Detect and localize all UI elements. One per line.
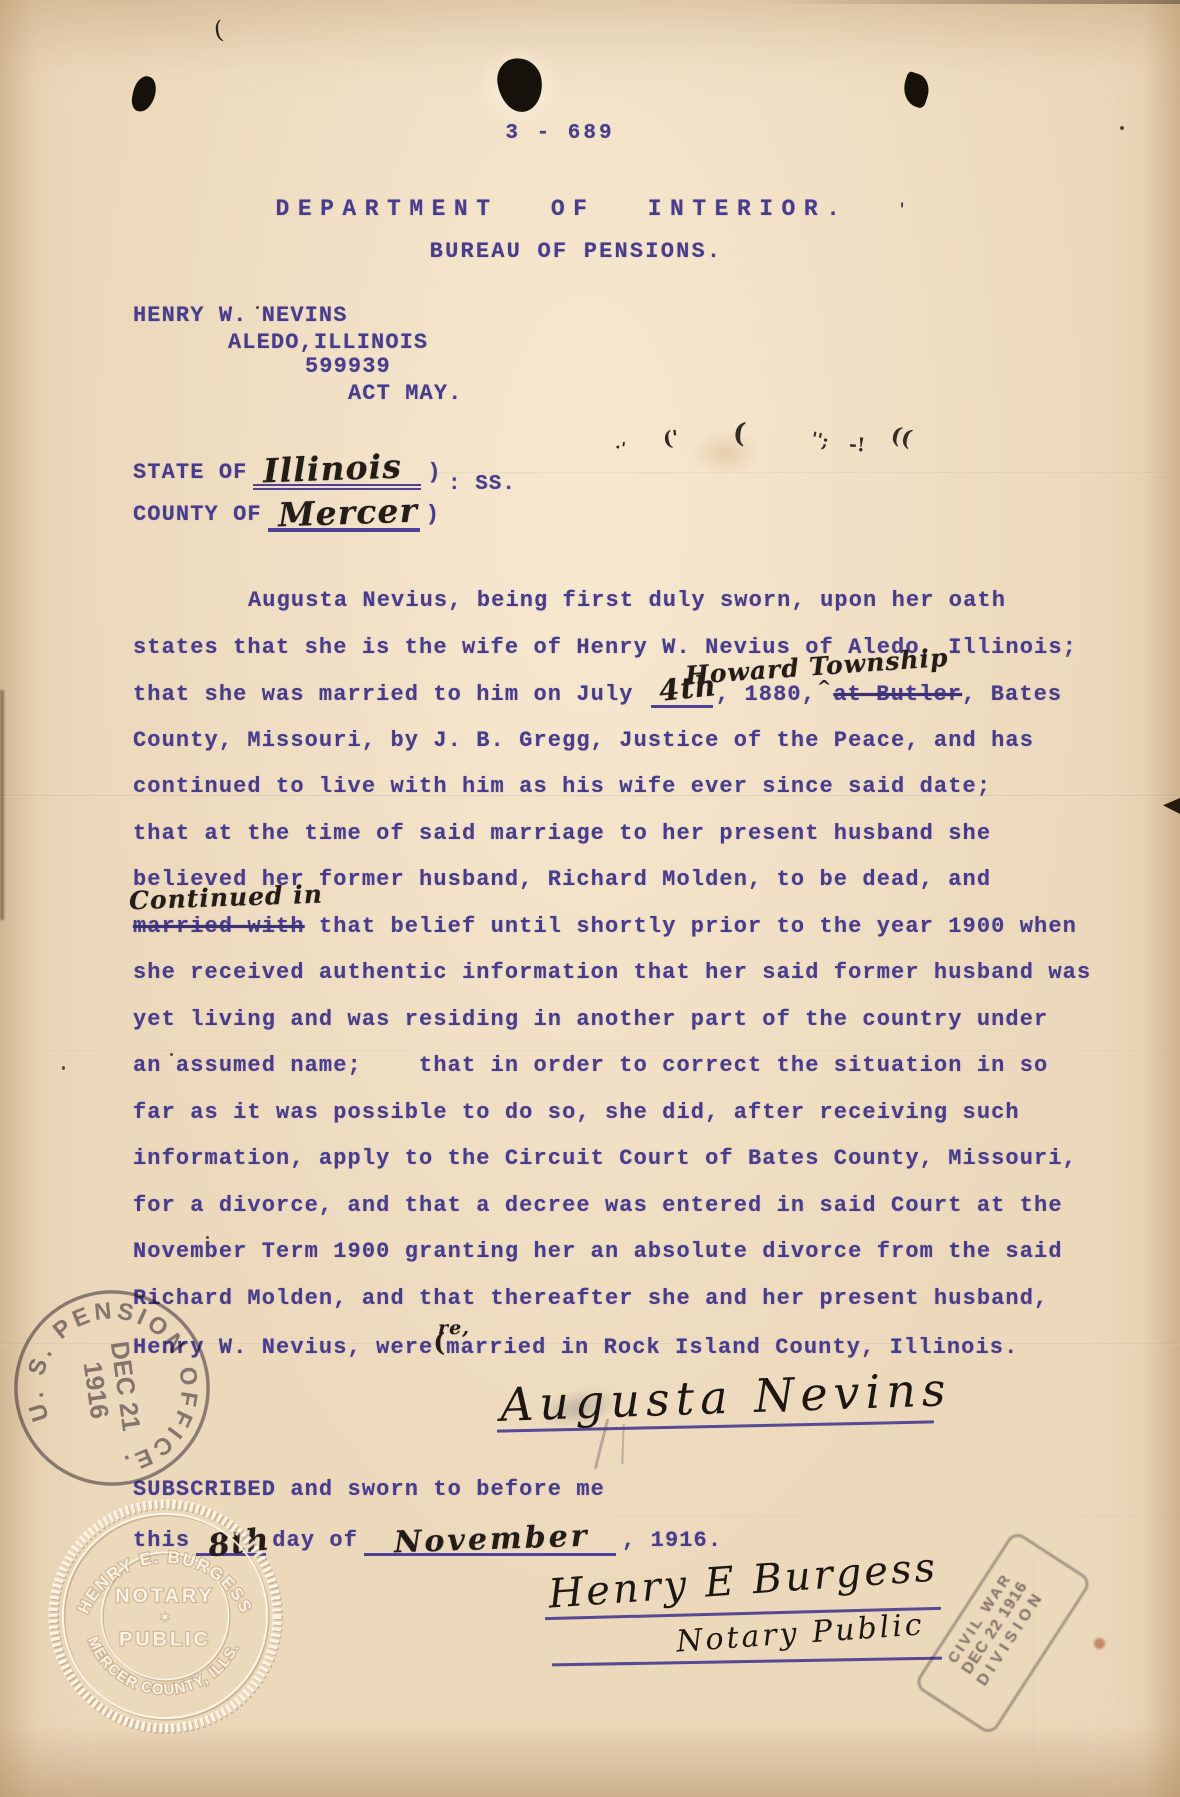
handwritten-state: Illinois: [263, 447, 403, 491]
punch-hole-left: [129, 74, 158, 114]
pen-mark: (: [731, 417, 747, 449]
claimant-address: ALEDO,ILLINOIS: [228, 330, 428, 355]
body-line-2: states that she is the wife of Henry W. …: [133, 625, 1143, 672]
affidavit-body: Augusta Nevius, being first duly sworn, …: [133, 578, 1143, 1369]
county-blank: Mercer: [268, 494, 420, 532]
pension-stamp-date-top: DEC 21: [105, 1340, 145, 1433]
ss-label: : SS.: [448, 473, 516, 496]
ink-mark-top-left: (: [212, 15, 225, 44]
top-edge-shadow: [760, 0, 1180, 4]
body-text: married in Rock Island County, Illinois.: [446, 1335, 1018, 1360]
jurat-day-of-label: day of: [272, 1528, 358, 1553]
venue-county-row: COUNTY OFMercer): [133, 494, 440, 532]
body-text: , Bates: [962, 682, 1062, 707]
act-line: ACT MAY.: [348, 381, 462, 406]
edge-tear-mark: [1160, 798, 1180, 814]
body-line-8: Continued inmarried with that belief unt…: [133, 904, 1143, 951]
body-line-4: County, Missouri, by J. B. Gregg, Justic…: [133, 718, 1143, 765]
county-label: COUNTY OF: [133, 502, 262, 527]
body-line-10: yet living and was residing in another p…: [133, 997, 1143, 1044]
seal-notary-text: NOTARY: [115, 1585, 214, 1607]
pension-stamp-date-bottom: 1916: [78, 1360, 114, 1421]
handwritten-month: November: [393, 1519, 590, 1561]
left-edge-shadow: [0, 690, 4, 920]
pen-mark: ((: [888, 422, 914, 452]
body-text: that belief until shortly prior to the y…: [305, 914, 1077, 939]
bureau-title: BUREAU OF PENSIONS.: [0, 239, 1152, 264]
county-paren: ): [426, 502, 440, 527]
civil-war-division-stamp: CIVIL WAR DEC 22 1916 DIVISION: [913, 1529, 1093, 1736]
notary-title-line: [552, 1657, 942, 1667]
paper-stain: [1094, 1638, 1105, 1649]
affidavit-document-page: ( 3 - 689 DEPARTMENT OF INTERIOR. BUREAU…: [0, 0, 1180, 1797]
body-text: that she was married to him on July: [133, 682, 648, 707]
handwritten-insert-re: re,: [438, 1305, 470, 1352]
body-line-14: for a divorce, and that a decree was ent…: [133, 1183, 1143, 1230]
stray-pen-marks: ·' (' ( ''; -! ((: [615, 422, 975, 478]
handwritten-insert-continued: Continued in: [128, 871, 323, 924]
jurat-month-blank: November: [364, 1519, 616, 1556]
claimant-name: HENRY W. NEVINS: [133, 303, 348, 328]
body-line-16: Richard Molden, and that thereafter she …: [133, 1276, 1143, 1323]
pen-mark: ·': [613, 437, 627, 458]
handwritten-county: Mercer: [277, 491, 418, 535]
department-title: DEPARTMENT OF INTERIOR.: [0, 196, 1124, 222]
paper-crease: [610, 1516, 1180, 1518]
form-number: 3 - 689: [0, 122, 1120, 145]
pen-mark: '';: [809, 428, 831, 452]
body-line-12: far as it was possible to do so, she did…: [133, 1090, 1143, 1137]
punch-hole-right: [899, 71, 934, 109]
body-line-3: that she was married to him on July 4th,…: [133, 671, 1143, 718]
stray-apostrophe-mark: ': [900, 198, 904, 224]
pen-mark: (': [661, 425, 680, 451]
state-label: STATE OF: [133, 460, 247, 485]
state-blank: Illinois: [253, 450, 421, 490]
body-line-1: Augusta Nevius, being first duly sworn, …: [133, 578, 1143, 625]
claim-number: 599939: [305, 354, 391, 379]
body-line-5: continued to live with him as his wife e…: [133, 764, 1143, 811]
jurat-year: , 1916.: [622, 1528, 722, 1553]
notary-embossed-seal: HENRY E. BURGESS MERCER COUNTY, ILLS. NO…: [46, 1497, 284, 1735]
paper-speck: [1120, 126, 1124, 130]
body-line-9: she received authentic information that …: [133, 950, 1143, 997]
paper-speck: [62, 1066, 65, 1070]
body-line-17: Henry W. Nevius, were(married in Rock Is…: [133, 1322, 1143, 1369]
seal-public-text: PUBLIC: [119, 1629, 211, 1651]
body-line-11: an assumed name; that in order to correc…: [133, 1043, 1143, 1090]
civil-war-stamp-date: DEC 22 1916: [939, 1548, 1052, 1709]
body-line-15: November Term 1900 granting her an absol…: [133, 1229, 1143, 1276]
body-line-6: that at the time of said marriage to her…: [133, 811, 1143, 858]
pencil-mark: [621, 1424, 624, 1464]
seal-star: ✶: [159, 1609, 171, 1625]
venue-state-row: STATE OFIllinois): [133, 450, 442, 490]
body-line-13: information, apply to the Circuit Court …: [133, 1136, 1143, 1183]
state-paren: ): [427, 460, 441, 485]
pen-mark: -!: [848, 433, 866, 456]
